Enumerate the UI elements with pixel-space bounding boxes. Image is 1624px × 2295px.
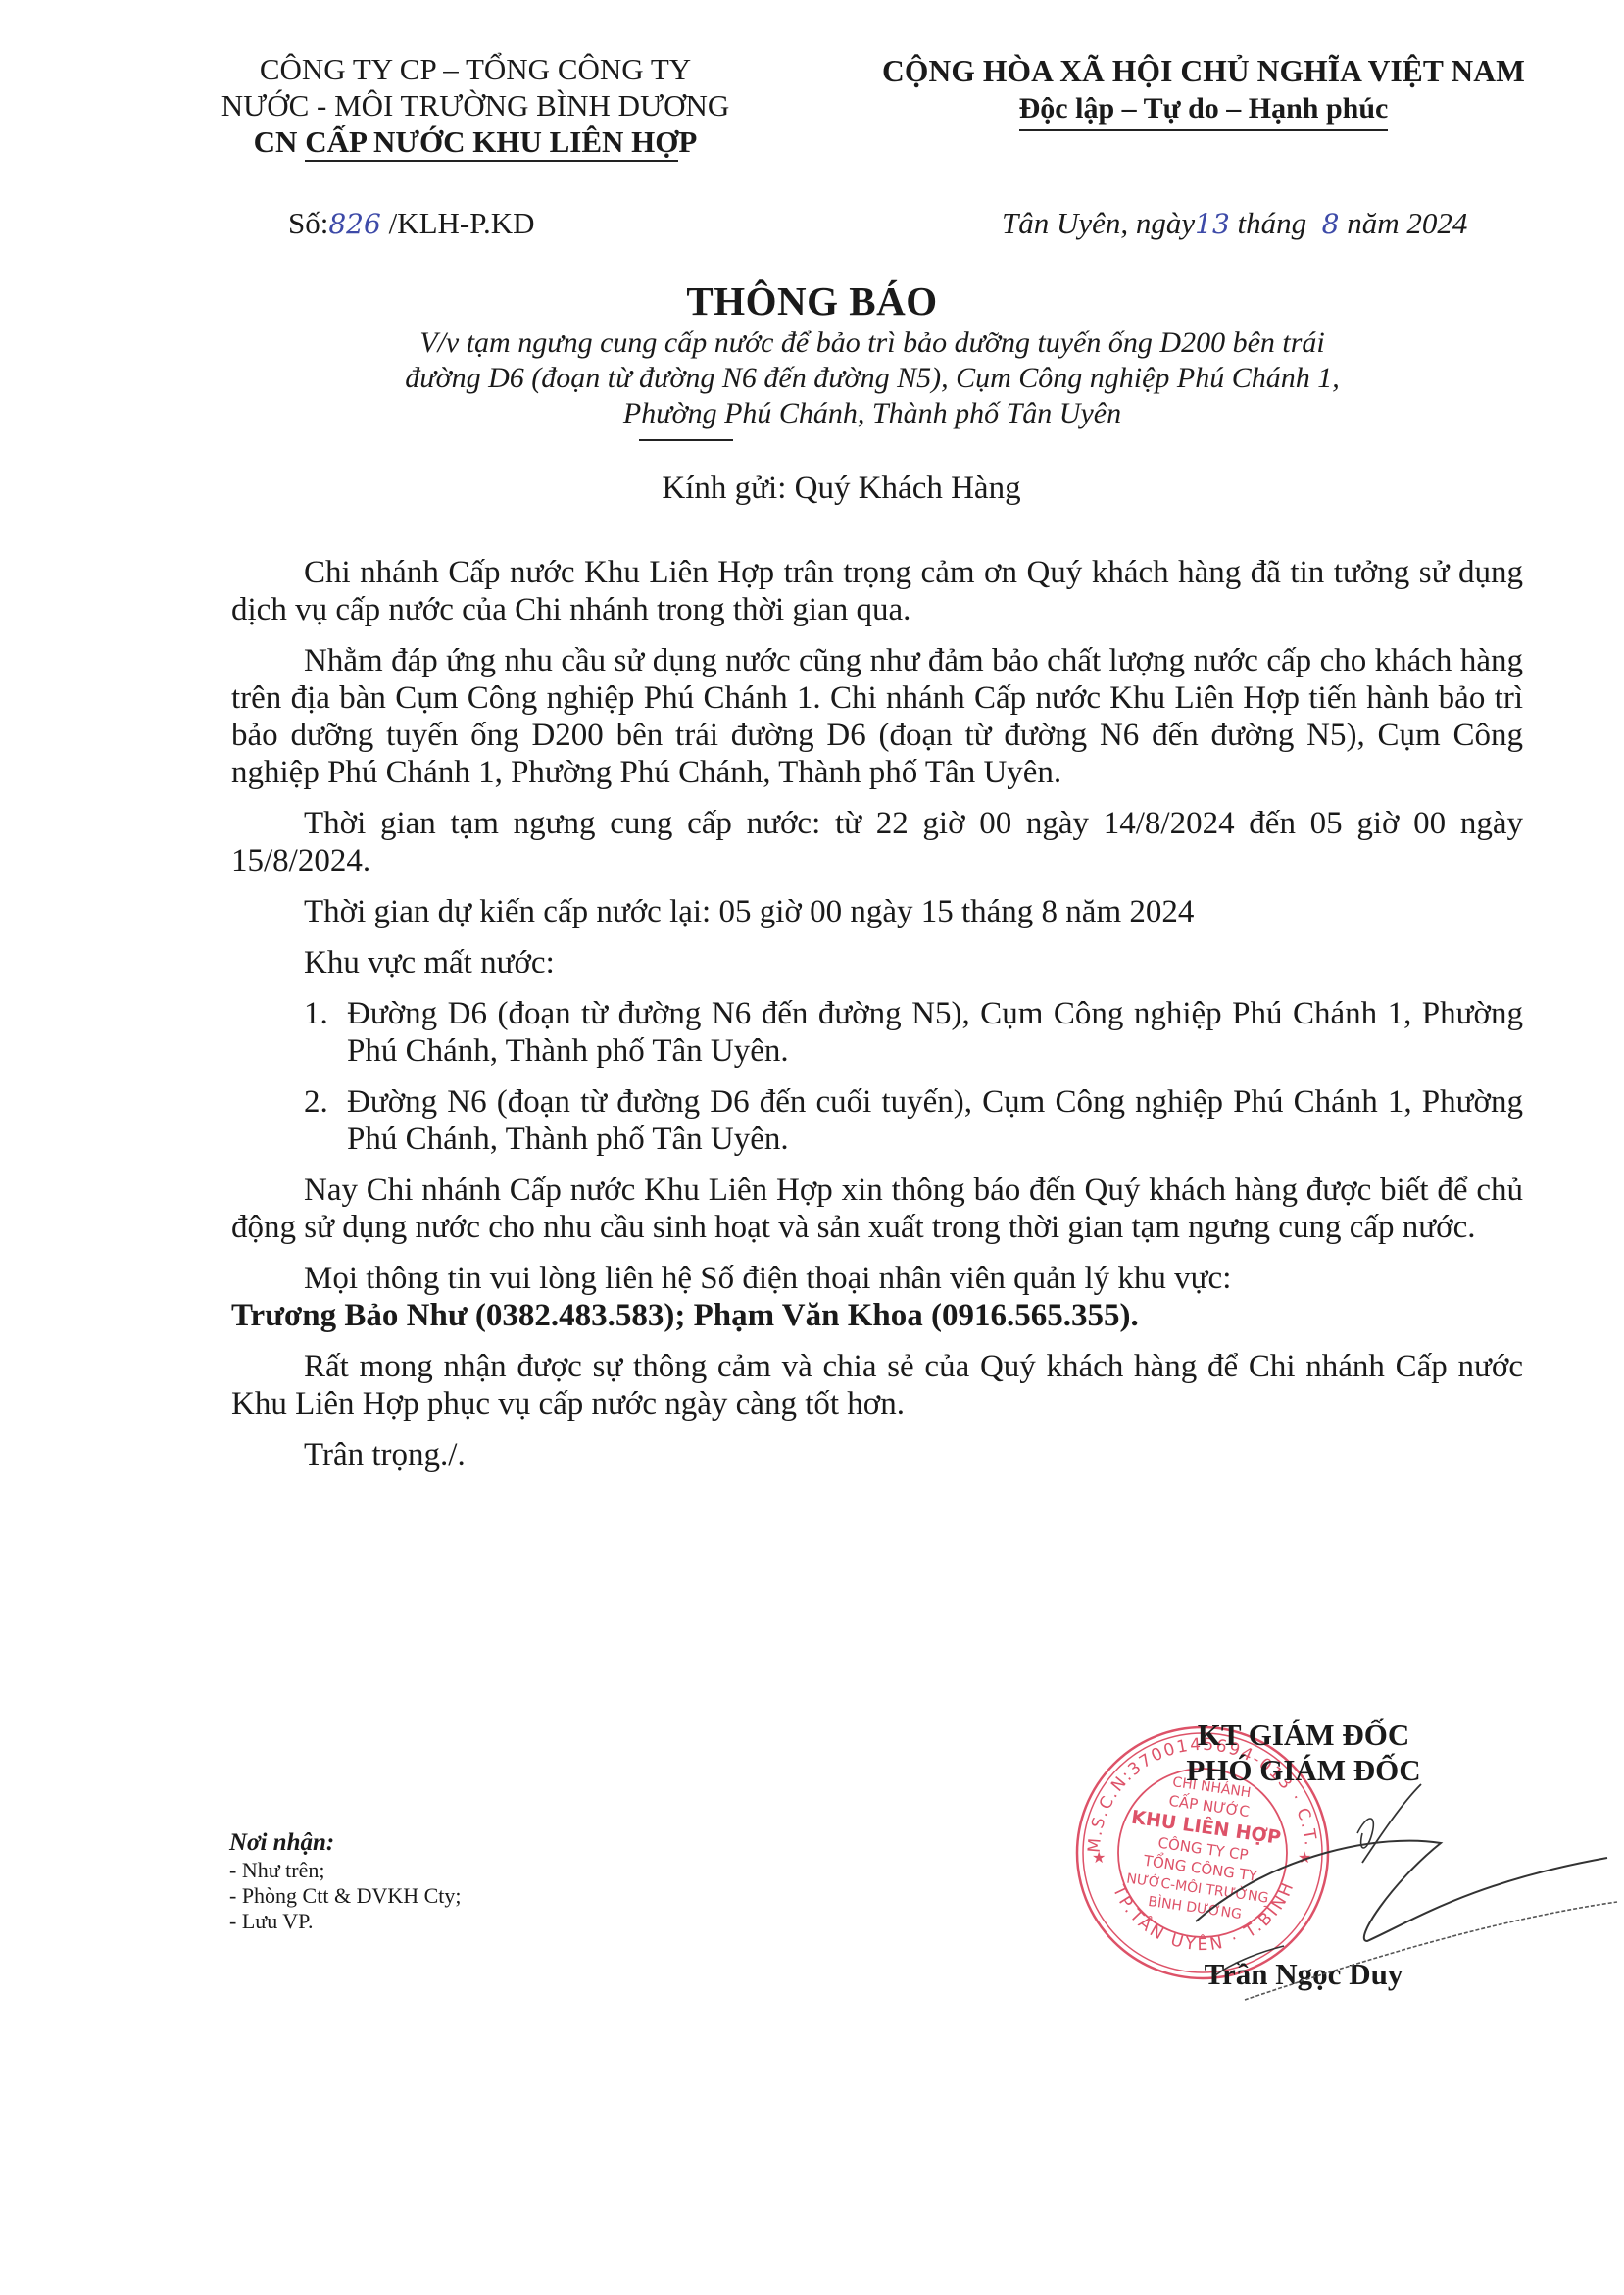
- signature-title-line-1: KT GIÁM ĐỐC: [1098, 1718, 1509, 1753]
- paragraph-contact-intro: Mọi thông tin vui lòng liên hệ Số điện t…: [231, 1260, 1523, 1297]
- document-body: Chi nhánh Cấp nước Khu Liên Hợp trân trọ…: [231, 554, 1523, 1487]
- svg-text:★: ★: [1092, 1848, 1106, 1867]
- date-day-handwritten: 13: [1195, 208, 1230, 240]
- national-header: CỘNG HÒA XÃ HỘI CHỦ NGHĨA VIỆT NAM Độc l…: [841, 53, 1566, 131]
- recipients-label: Nơi nhận:: [229, 1828, 462, 1858]
- recipient-line: Kính gửi: Quý Khách Hàng: [0, 471, 1624, 507]
- date-place: Tân Uyên, ngày: [1002, 206, 1195, 240]
- org-line-3: CN CẤP NƯỚC KHU LIÊN HỢP: [186, 124, 764, 160]
- org-line-1: CÔNG TY CP – TỔNG CÔNG TY: [186, 51, 764, 87]
- national-motto: Độc lập – Tự do – Hạnh phúc: [1019, 90, 1389, 131]
- org-line-3-suffix: P: [678, 125, 697, 159]
- recipients-block: Nơi nhận: - Như trên; - Phòng Ctt & DVKH…: [229, 1828, 462, 1934]
- affected-area-item: 2. Đường N6 (đoạn từ đường D6 đến cuối t…: [231, 1083, 1523, 1158]
- date-month-label: tháng: [1238, 206, 1307, 240]
- subject-divider: [639, 439, 733, 441]
- paragraph-thanks: Chi nhánh Cấp nước Khu Liên Hợp trân trọ…: [231, 554, 1523, 628]
- recipient-item: - Phòng Ctt & DVKH Cty;: [229, 1883, 462, 1909]
- org-line-2: NƯỚC - MÔI TRƯỜNG BÌNH DƯƠNG: [186, 87, 764, 124]
- paragraph-suspension-time: Thời gian tạm ngưng cung cấp nước: từ 22…: [231, 805, 1523, 879]
- doc-number-handwritten: 826: [328, 208, 380, 240]
- contact-persons: Trương Bảo Như (0382.483.583); Phạm Văn …: [231, 1297, 1523, 1334]
- document-subject: V/v tạm ngưng cung cấp nước để bảo trì b…: [294, 325, 1451, 431]
- subject-line-2: đường D6 (đoạn từ đường N6 đến đường N5)…: [294, 361, 1451, 396]
- list-number: 2.: [304, 1083, 328, 1121]
- date-year: năm 2024: [1347, 206, 1467, 240]
- subject-line-1: V/v tạm ngưng cung cấp nước để bảo trì b…: [294, 325, 1451, 361]
- paragraph-notice: Nay Chi nhánh Cấp nước Khu Liên Hợp xin …: [231, 1172, 1523, 1246]
- org-line-3-prefix: CN: [254, 125, 306, 159]
- organization-header: CÔNG TY CP – TỔNG CÔNG TY NƯỚC - MÔI TRƯ…: [186, 51, 764, 160]
- recipient-item: - Như trên;: [229, 1858, 462, 1883]
- document-title: THÔNG BÁO: [0, 277, 1624, 324]
- list-text: Đường N6 (đoạn từ đường D6 đến cuối tuyế…: [347, 1084, 1523, 1157]
- date-month-handwritten: 8: [1322, 208, 1340, 240]
- affected-area-item: 1. Đường D6 (đoạn từ đường N6 đến đường …: [231, 995, 1523, 1070]
- list-number: 1.: [304, 995, 328, 1032]
- document-date: Tân Uyên, ngày13 tháng 8 năm 2024: [1002, 206, 1467, 241]
- recipient-item: - Lưu VP.: [229, 1909, 462, 1934]
- paragraph-affected-areas-label: Khu vực mất nước:: [231, 944, 1523, 981]
- doc-number-label: Số:: [288, 206, 328, 240]
- subject-line-3: Phường Phú Chánh, Thành phố Tân Uyên: [294, 396, 1451, 431]
- list-text: Đường D6 (đoạn từ đường N6 đến đường N5)…: [347, 996, 1523, 1069]
- handwritten-signature-icon: [1156, 1774, 1624, 2010]
- affected-areas-list: 1. Đường D6 (đoạn từ đường N6 đến đường …: [231, 995, 1523, 1158]
- paragraph-resume-time: Thời gian dự kiến cấp nước lại: 05 giờ 0…: [231, 893, 1523, 930]
- org-line-3-underlined: CẤP NƯỚC KHU LIÊN HỢ: [305, 125, 678, 162]
- doc-number-suffix: /KLH-P.KD: [389, 206, 535, 240]
- nation-title: CỘNG HÒA XÃ HỘI CHỦ NGHĨA VIỆT NAM: [841, 53, 1566, 90]
- paragraph-maintenance: Nhằm đáp ứng nhu cầu sử dụng nước cũng n…: [231, 642, 1523, 791]
- document-number: Số:826 /KLH-P.KD: [288, 206, 535, 241]
- closing-salutation: Trân trọng./.: [231, 1436, 1523, 1473]
- paragraph-closing-wish: Rất mong nhận được sự thông cảm và chia …: [231, 1348, 1523, 1422]
